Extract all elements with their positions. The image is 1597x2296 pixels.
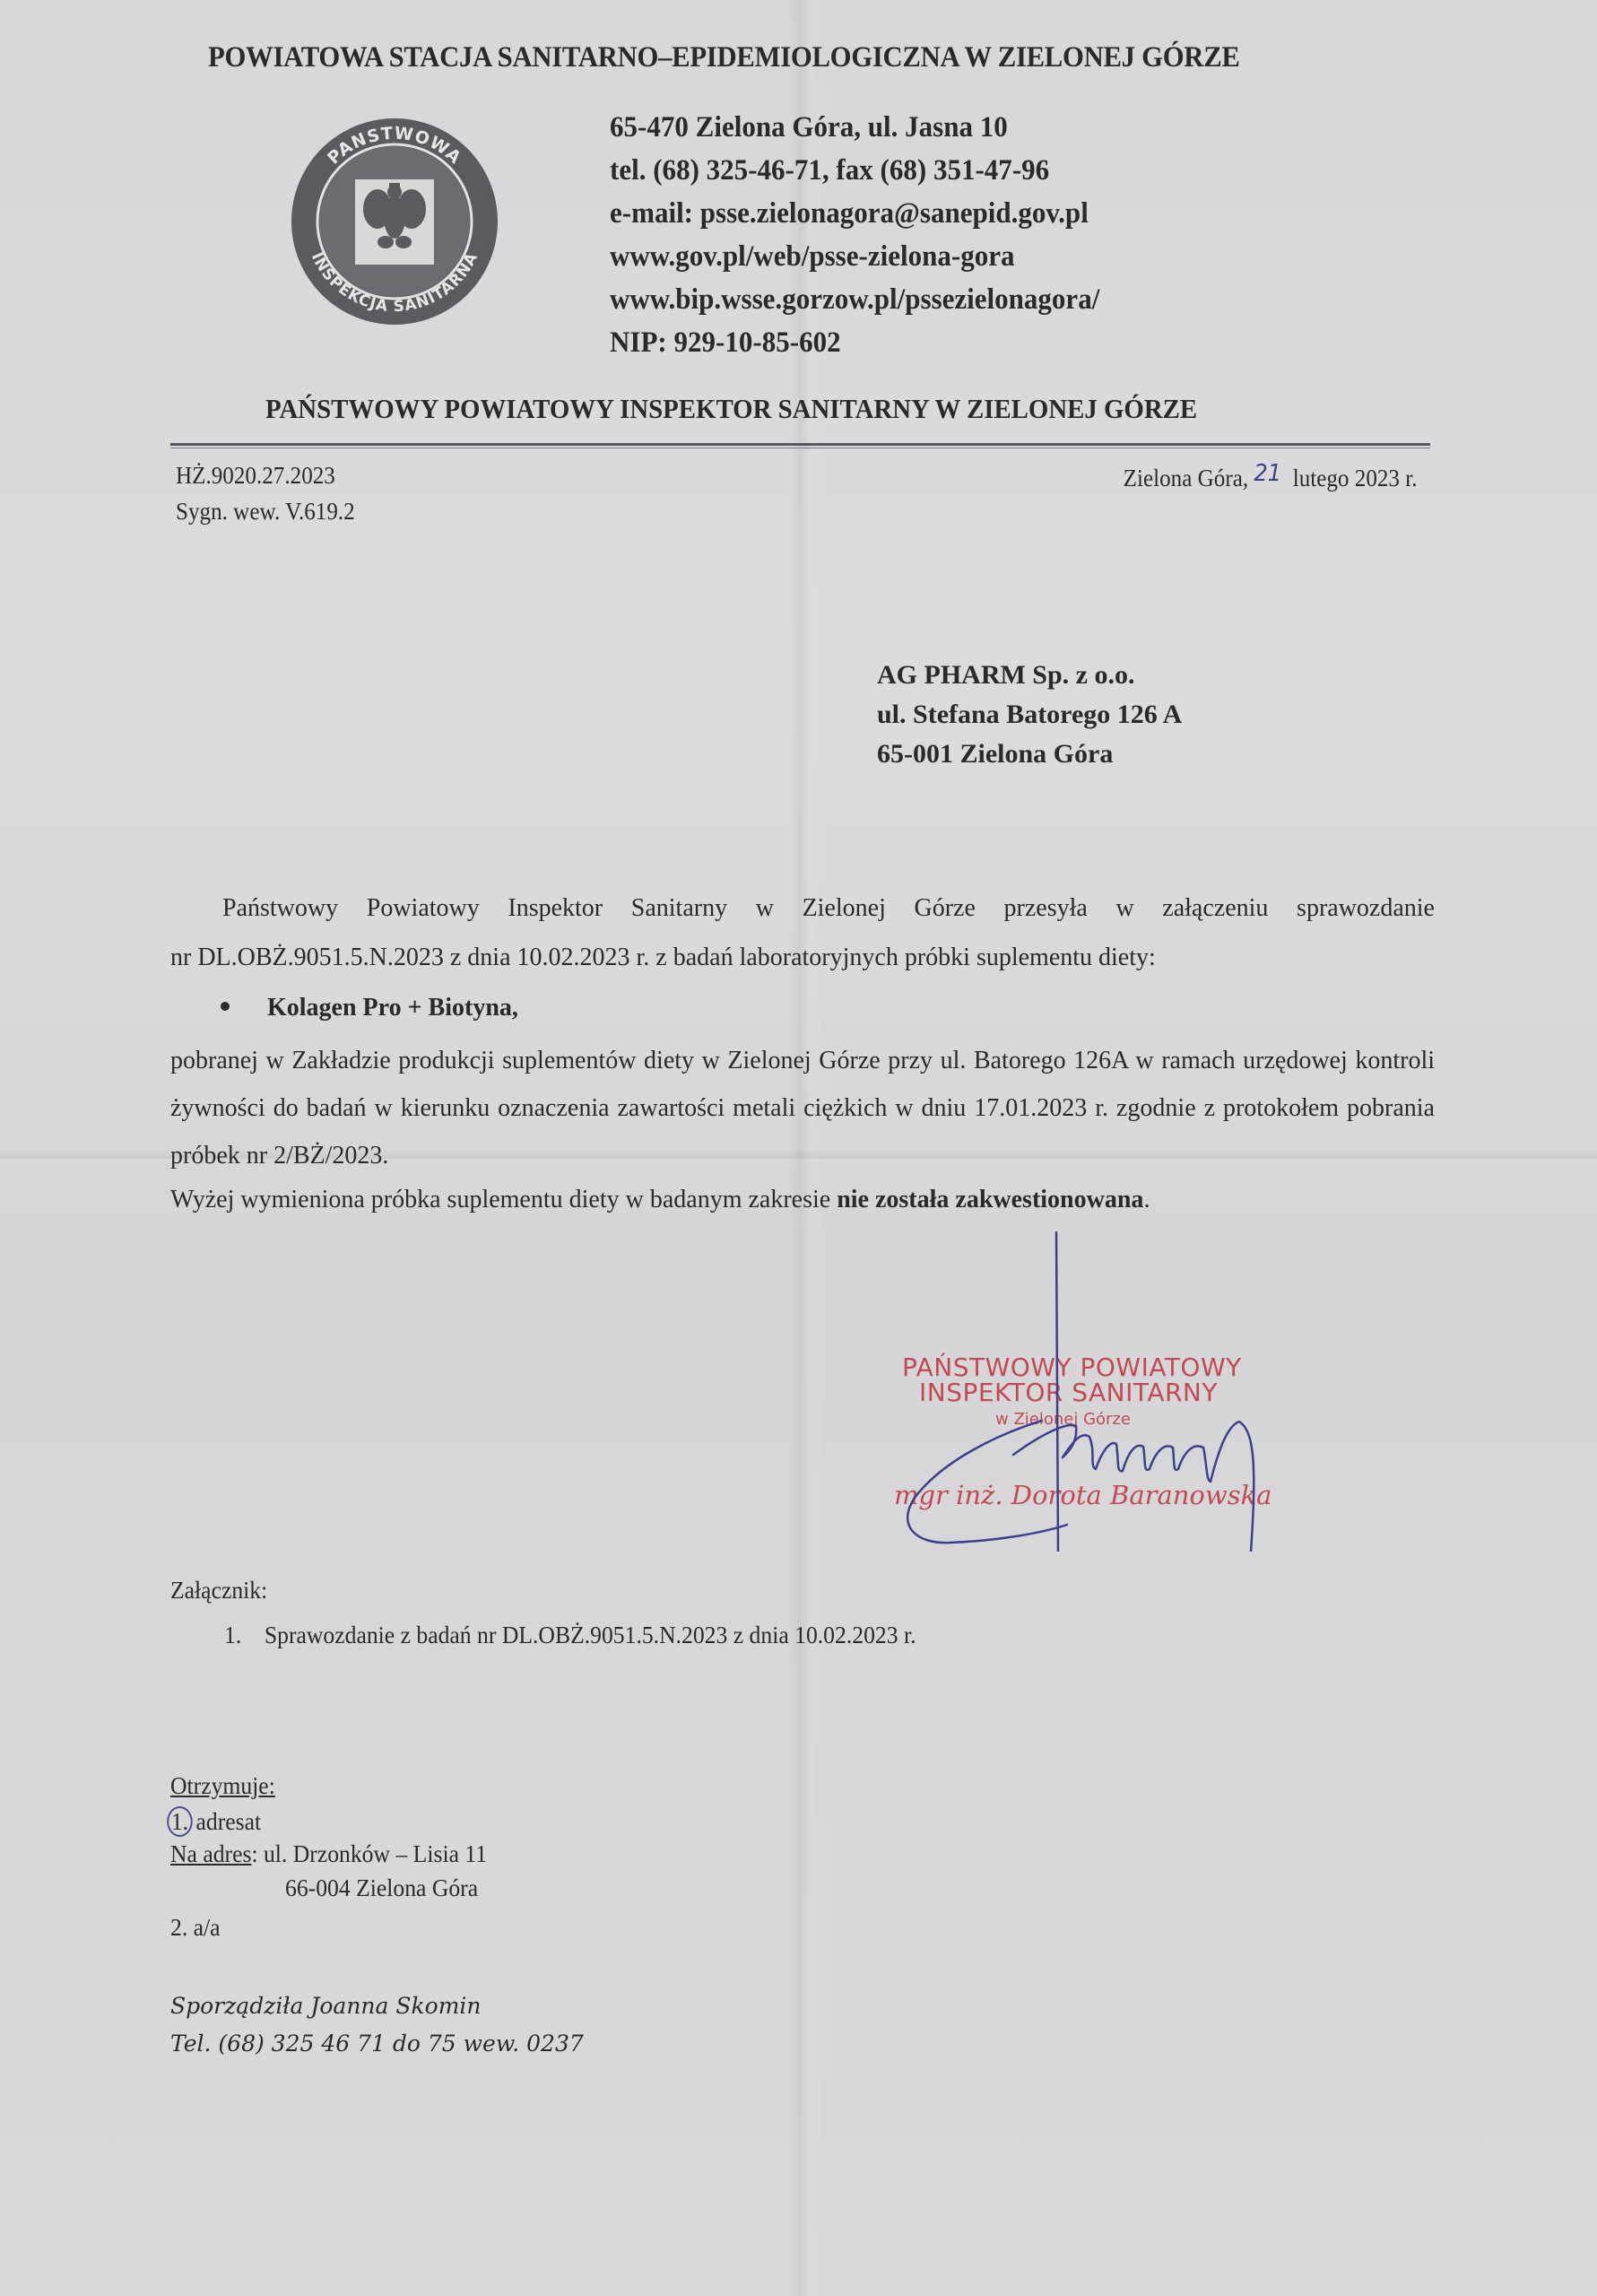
sanitary-inspection-logo: PANSTWOWA INSPEKCJA SANITARNA (285, 117, 505, 327)
body-paragraph-1-line-1: Państwowy Powiatowy Inspektor Sanitarny … (170, 892, 1435, 925)
handwritten-signature-icon (888, 1229, 1300, 1552)
case-number: HŻ.9020.27.2023 (176, 462, 335, 490)
internal-reference: Sygn. wew. V.619.2 (176, 498, 355, 526)
polish-eagle-emblem-icon: PANSTWOWA INSPEKCJA SANITARNA (285, 117, 505, 327)
institution-address: 65-470 Zielona Góra, ul. Jasna 10 (610, 111, 1008, 144)
handwritten-circle-mark: 1. (167, 1806, 193, 1837)
distribution-item-2: 2. a/a (170, 1914, 221, 1942)
product-name: Kolagen Pro + Biotyna (267, 994, 512, 1022)
letter-date: Zielona Góra, 21 lutego 2023 r. (1124, 465, 1418, 492)
distribution-address-city: 66-004 Zielona Góra (285, 1874, 478, 1902)
recipient-street: ul. Stefana Batorego 126 A (877, 700, 1182, 730)
institution-email: e-mail: psse.zielonagora@sanepid.gov.pl (610, 197, 1089, 230)
attachments-label: Załącznik: (170, 1577, 267, 1605)
date-suffix: lutego 2023 r. (1293, 465, 1418, 491)
recipient-city: 65-001 Zielona Góra (877, 739, 1113, 770)
bullet-icon (221, 1002, 230, 1011)
header-divider (170, 443, 1430, 448)
institution-website: www.gov.pl/web/psse-zielona-gora (610, 240, 1015, 274)
prepared-by-phone: Tel. (68) 325 46 71 do 75 wew. 0237 (170, 2031, 584, 2057)
recipient-name: AG PHARM Sp. z o.o. (877, 660, 1135, 691)
institution-phone-fax: tel. (68) 325-46-71, fax (68) 351-47-96 (610, 154, 1049, 187)
date-day-handwritten: 21 (1254, 460, 1282, 487)
institution-nip: NIP: 929-10-85-602 (610, 326, 841, 360)
distribution-address: Na adres: ul. Drzonków – Lisia 11 (170, 1840, 487, 1868)
body-conclusion: Wyżej wymieniona próbka suplementu diety… (170, 1184, 1435, 1216)
body-paragraph-2: pobranej w Zakładzie produkcji suplement… (170, 1037, 1435, 1179)
distribution-item-1: 1.adresat (170, 1806, 261, 1837)
conclusion-verdict: nie została zakwestionowana (837, 1186, 1143, 1213)
institution-bip: www.bip.wsse.gorzow.pl/pssezielonagora/ (610, 283, 1099, 317)
institution-title: POWIATOWA STACJA SANITARNO–EPIDEMIOLOGIC… (208, 41, 1240, 74)
prepared-by: Sporządziła Joanna Skomin (170, 1993, 482, 2019)
authority-title: PAŃSTWOWY POWIATOWY INSPEKTOR SANITARNY … (265, 393, 1197, 425)
attachment-item-1: 1. Sprawozdanie z badań nr DL.OBŻ.9051.5… (224, 1622, 916, 1649)
product-list-item: Kolagen Pro + Biotyna, (221, 994, 518, 1022)
body-paragraph-1-line-2: nr DL.OBŻ.9051.5.N.2023 z dnia 10.02.202… (170, 942, 1435, 974)
date-prefix: Zielona Góra, (1124, 465, 1248, 491)
distribution-label: Otrzymuje: (170, 1772, 275, 1800)
